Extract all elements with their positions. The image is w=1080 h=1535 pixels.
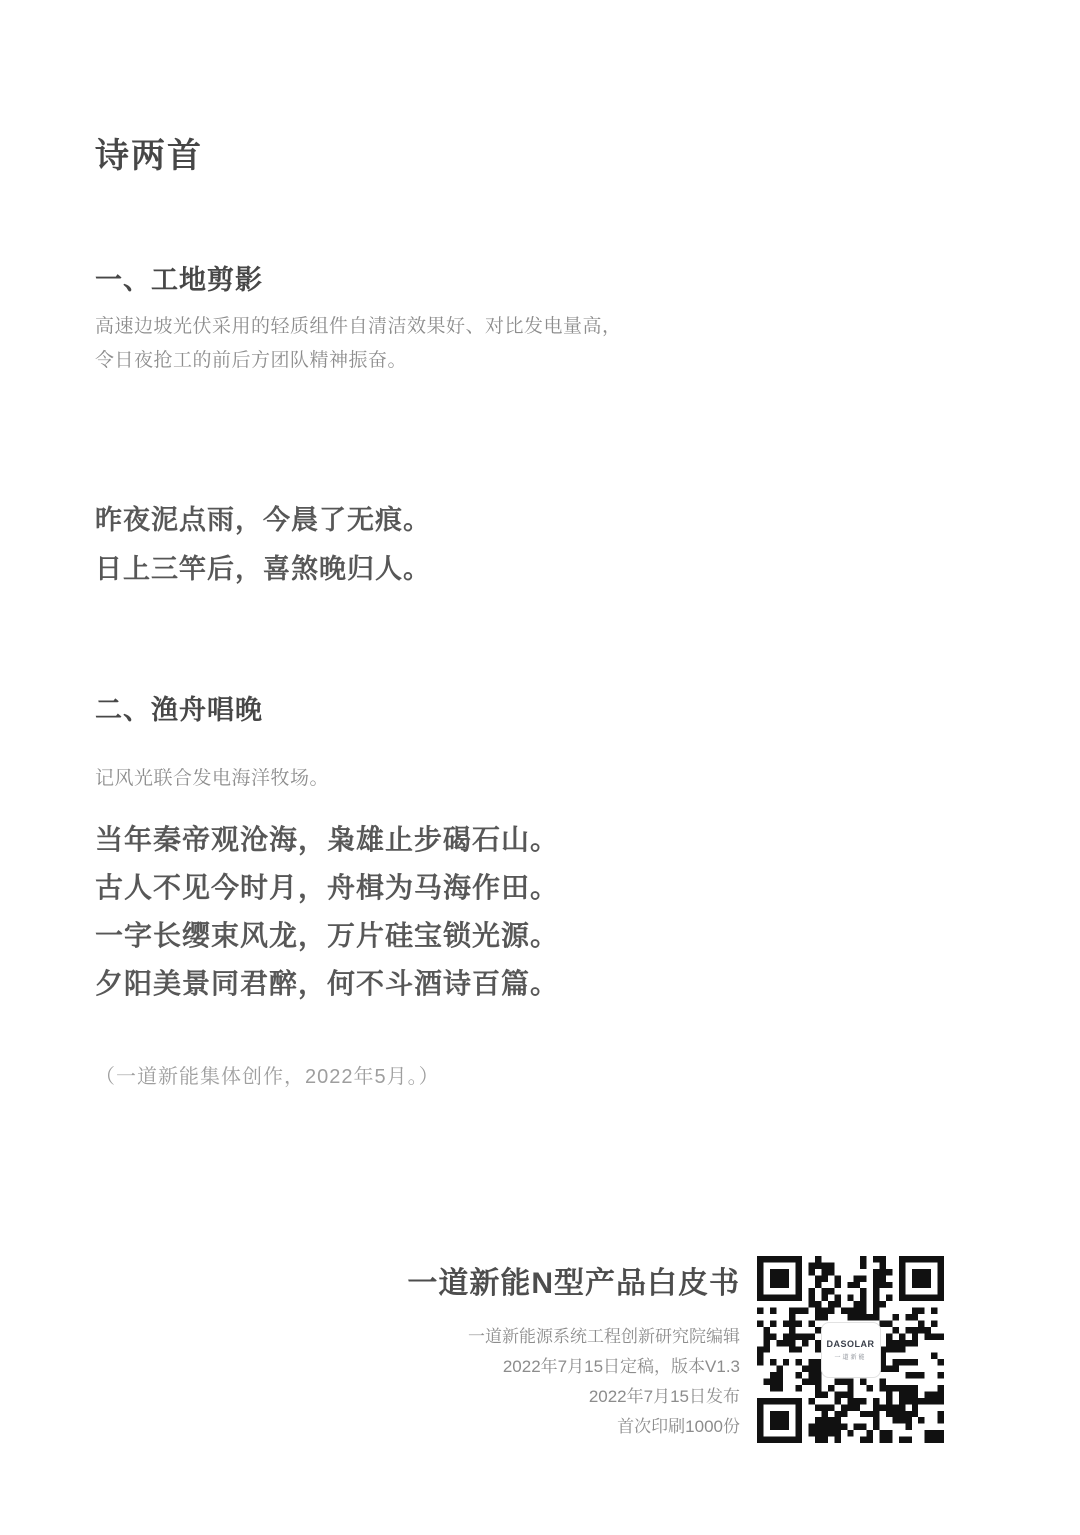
intro-line: 高速边坡光伏采用的轻质组件自清洁效果好、对比发电量高， — [95, 310, 622, 344]
section-1-heading: 一、工地剪影 — [95, 258, 263, 297]
whitepaper-title: 一道新能N型产品白皮书 — [120, 1258, 740, 1302]
colophon-line: 2022年7月15日发布 — [120, 1382, 740, 1412]
poem-2: 当年秦帝观沧海，枭雄止步碣石山。 古人不见今时月，舟楫为马海作田。 一字长缨束风… — [95, 816, 559, 1008]
poem-line: 日上三竿后，喜煞晚归人。 — [95, 545, 431, 594]
colophon-line: 首次印刷1000份 — [120, 1412, 740, 1442]
intro-line: 记风光联合发电海洋牧场。 — [95, 762, 329, 796]
poem-line: 一字长缨束风龙，万片硅宝锁光源。 — [95, 912, 559, 960]
attribution-note: （一道新能集体创作，2022年5月。） — [95, 1060, 440, 1089]
colophon-line: 2022年7月15日定稿，版本V1.3 — [120, 1352, 740, 1382]
document-page: 诗两首 一、工地剪影 高速边坡光伏采用的轻质组件自清洁效果好、对比发电量高， 令… — [0, 0, 1080, 1535]
poem-line: 夕阳美景同君醉，何不斗酒诗百篇。 — [95, 960, 559, 1008]
poem-1: 昨夜泥点雨，今晨了无痕。 日上三竿后，喜煞晚归人。 — [95, 496, 431, 594]
page-title: 诗两首 — [95, 128, 203, 177]
poem-line: 古人不见今时月，舟楫为马海作田。 — [95, 864, 559, 912]
brand-logo-text: DASOLAR — [827, 1339, 875, 1349]
poem-line: 当年秦帝观沧海，枭雄止步碣石山。 — [95, 816, 559, 864]
qr-center-logo: DASOLAR 一道新能 — [821, 1322, 881, 1378]
brand-logo-subtext: 一道新能 — [834, 1352, 866, 1361]
poem-line: 昨夜泥点雨，今晨了无痕。 — [95, 496, 431, 545]
qr-code: DASOLAR 一道新能 — [757, 1256, 944, 1443]
colophon: 一道新能N型产品白皮书 一道新能源系统工程创新研究院编辑 2022年7月15日定… — [120, 1258, 740, 1442]
colophon-line: 一道新能源系统工程创新研究院编辑 — [120, 1322, 740, 1352]
section-2-heading: 二、渔舟唱晚 — [95, 688, 263, 727]
intro-line: 令日夜抢工的前后方团队精神振奋。 — [95, 344, 622, 378]
section-2-intro: 记风光联合发电海洋牧场。 — [95, 762, 329, 796]
section-1-intro: 高速边坡光伏采用的轻质组件自清洁效果好、对比发电量高， 令日夜抢工的前后方团队精… — [95, 310, 622, 378]
